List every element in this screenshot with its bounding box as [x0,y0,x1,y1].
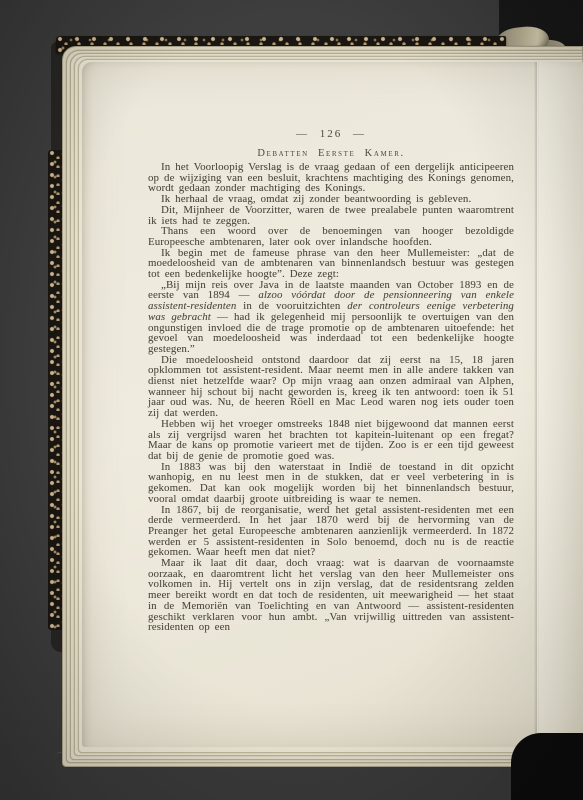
text-run: In het Voorloopig Verslag is de vraag ge… [148,161,514,194]
text-run: Thans een woord over de benoemingen van … [148,225,514,248]
paragraph: Hebben wij het vroeger omstreeks 1848 ni… [148,419,514,462]
text-run: Dit, Mijnheer de Voorzitter, waren de tw… [148,204,514,227]
paragraph: Maar ik laat dit daar, doch vraag: wat i… [148,558,514,633]
gutter-crease [534,62,539,747]
paragraph: In 1867, bij de reorganisatie, werd het … [148,505,514,559]
body-paragraphs: In het Voorloopig Verslag is de vraag ge… [148,162,514,633]
page-number: — 126 — [148,128,514,140]
paragraph: Thans een woord over de benoemingen van … [148,226,514,247]
photo-of-book-page: — 126 — Debatten Eerste Kamer. In het Vo… [0,0,583,800]
text-run: In 1883 was bij den waterstaat in Indië … [148,461,514,505]
shadow-corner-bottom-right [511,733,583,800]
paragraph: Die moedeloosheid ontstond daardoor dat … [148,355,514,419]
text-run: Maar ik laat dit daar, doch vraag: wat i… [148,557,514,633]
paragraph: „Bij mijn reis over Java in de laatste m… [148,280,514,355]
text-run: In 1867, bij de reorganisatie, werd het … [148,504,514,559]
text-run: Hebben wij het vroeger omstreeks 1848 ni… [148,418,514,462]
paragraph: In het Voorloopig Verslag is de vraag ge… [148,162,514,194]
paragraph: Dit, Mijnheer de Voorzitter, waren de tw… [148,205,514,226]
section-heading: Debatten Eerste Kamer. [148,148,514,159]
book-page: — 126 — Debatten Eerste Kamer. In het Vo… [82,62,583,747]
text-run: Die moedeloosheid ontstond daardoor dat … [148,354,514,420]
paragraph: In 1883 was bij den waterstaat in Indië … [148,462,514,505]
text-run: Ik begin met de fameuse phrase van den h… [148,247,514,280]
paragraph: Ik begin met de fameuse phrase van den h… [148,248,514,280]
marbled-board-edge-left [48,150,63,630]
facing-page-sliver [539,62,583,747]
text-block: — 126 — Debatten Eerste Kamer. In het Vo… [148,128,514,633]
